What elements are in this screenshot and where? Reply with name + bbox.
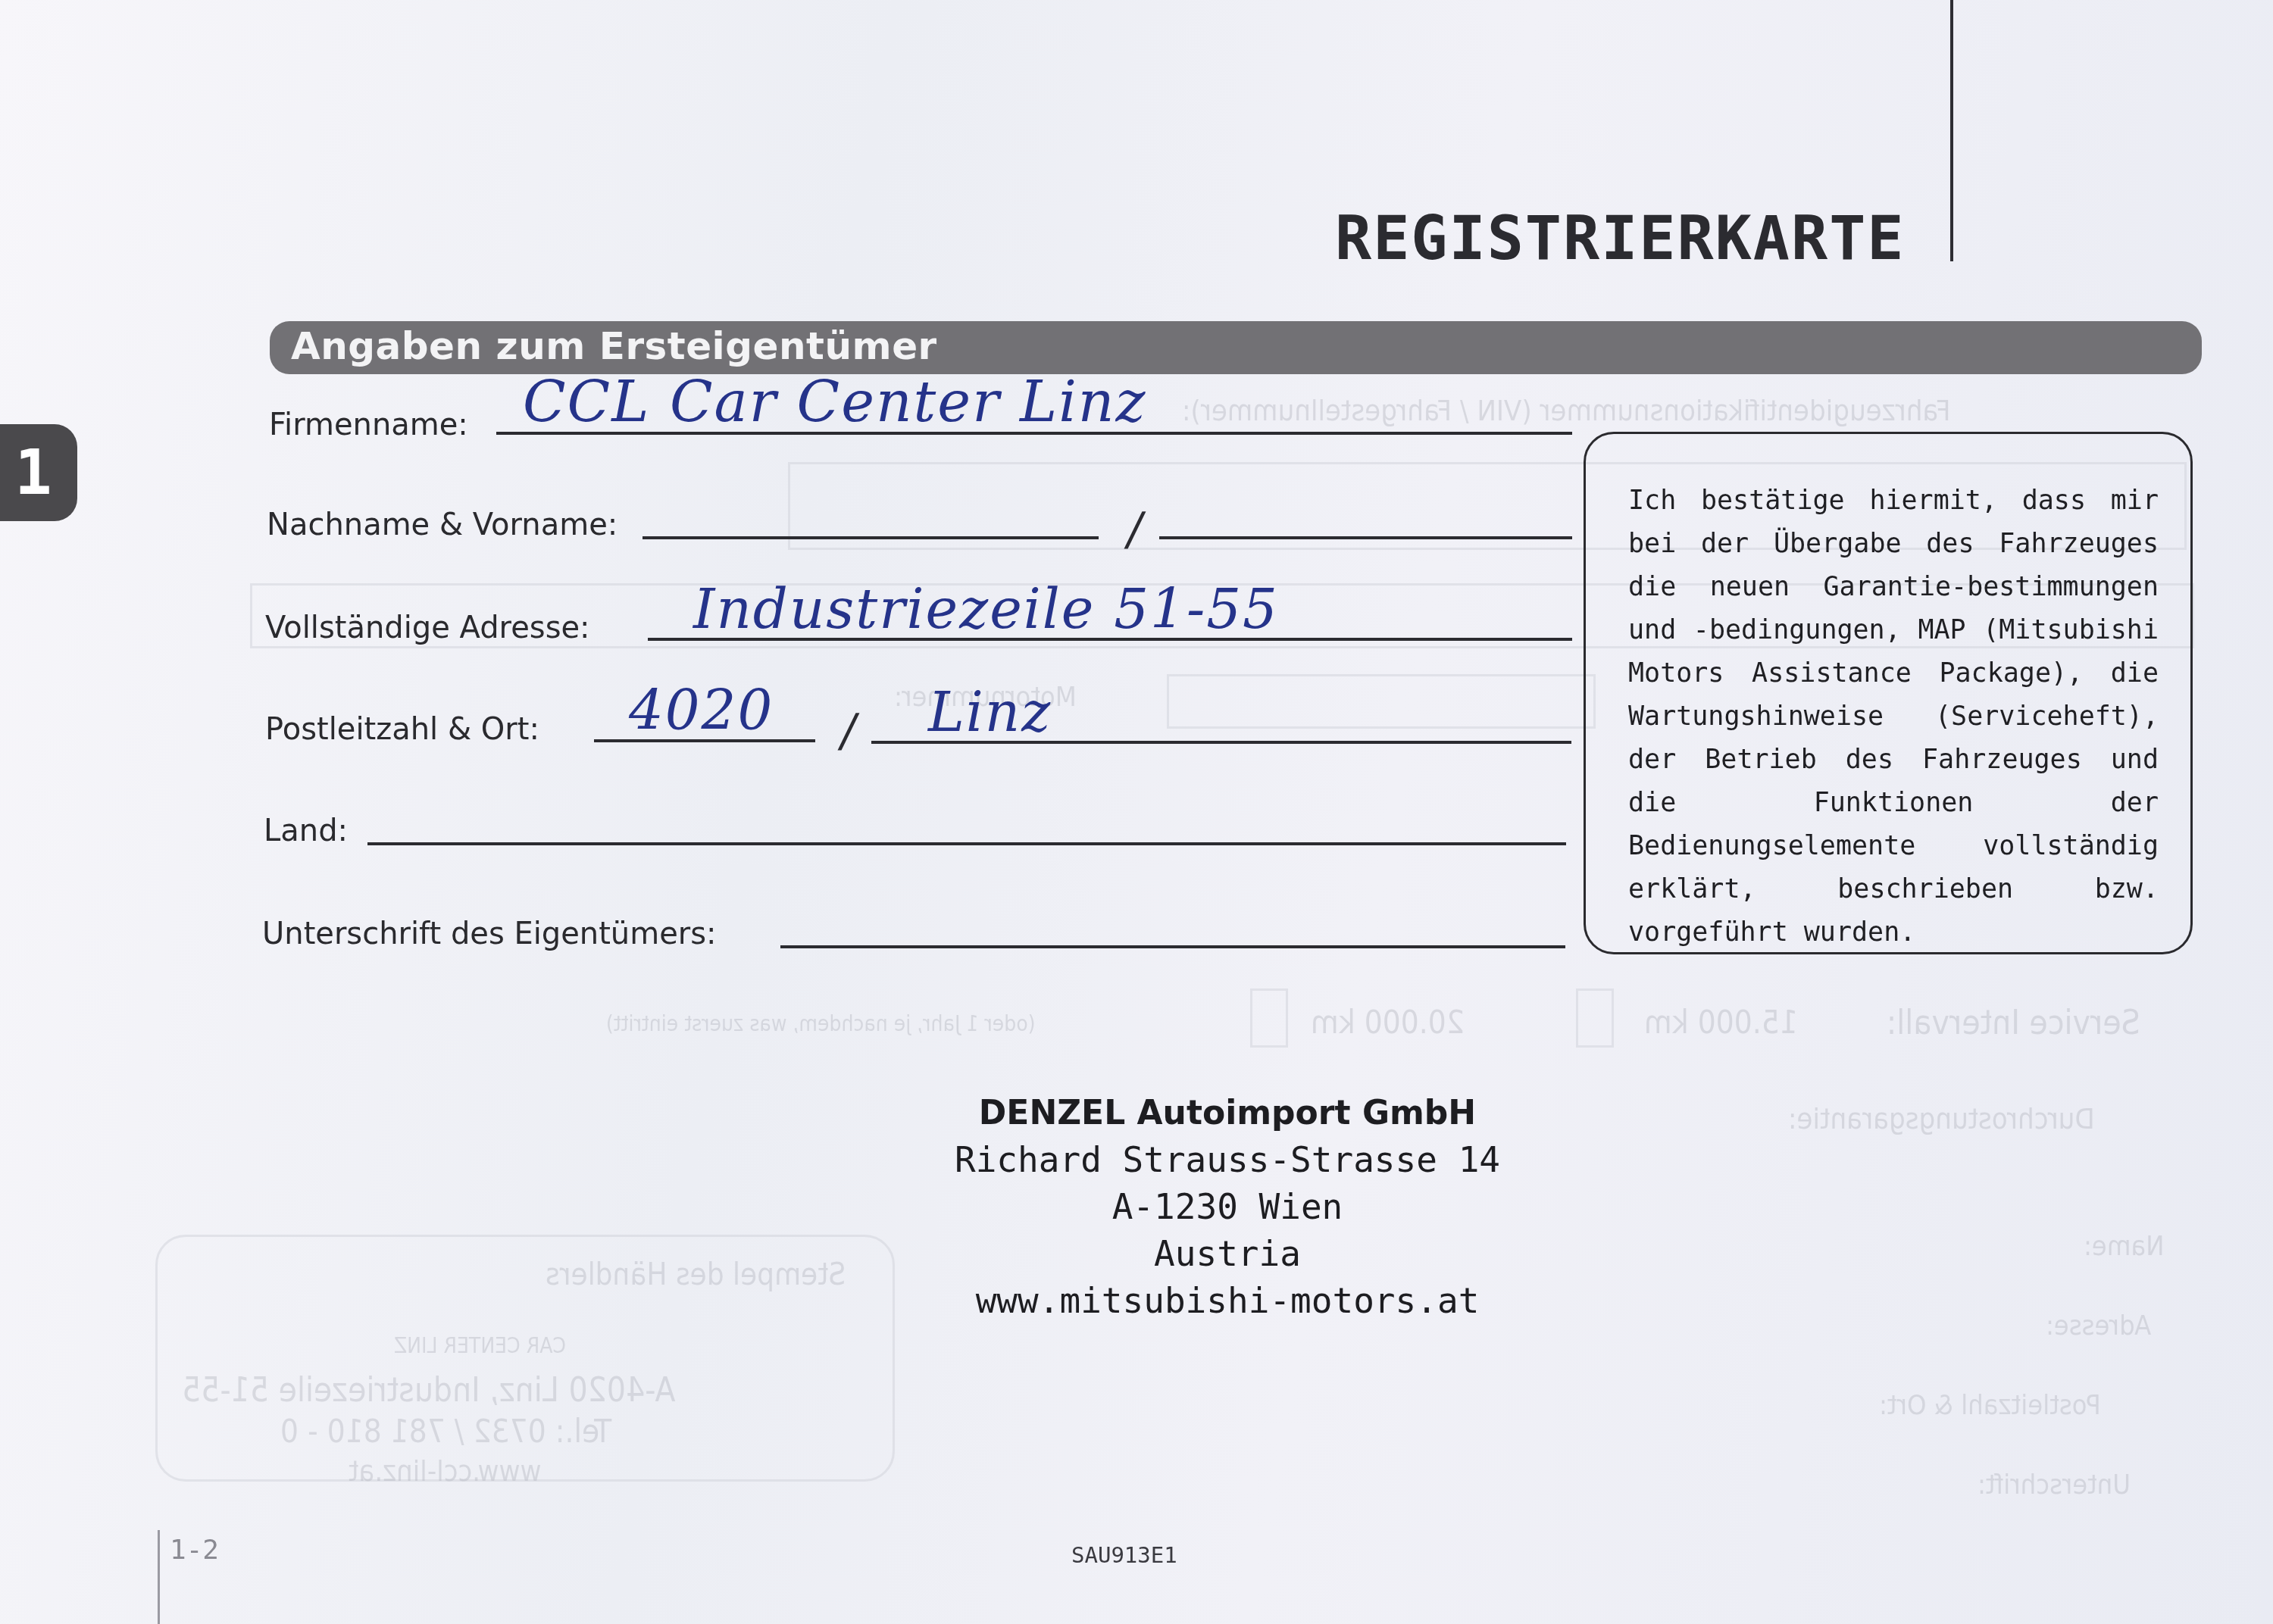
ghost-stamp-label: Stempel des Händlers <box>546 1257 846 1292</box>
ghost-checkbox <box>1250 988 1288 1048</box>
page-number: 1-2 <box>170 1535 219 1566</box>
chapter-tab: 1 <box>0 424 77 521</box>
confirmation-box: Ich bestätige hiermit, dass mir bei der … <box>1584 432 2193 954</box>
chapter-number: 1 <box>14 437 52 509</box>
importer-street: Richard Strauss-Strasse 14 <box>871 1136 1584 1183</box>
company-name-value: CCL Car Center Linz <box>523 370 1147 435</box>
full-name-label: Nachname & Vorname: <box>267 507 617 542</box>
page-title: REGISTRIERKARTE <box>1335 203 1905 273</box>
margin-divider <box>1950 0 1953 261</box>
document-code: SAU913E1 <box>1071 1542 1177 1568</box>
ghost-engine-boxes <box>1167 674 1596 729</box>
postal-code-value: 4020 <box>629 679 774 742</box>
first-name-field[interactable] <box>1159 536 1572 539</box>
postal-separator: / <box>836 704 861 757</box>
signature-label: Unterschrift des Eigentümers: <box>262 917 717 951</box>
signature-field[interactable] <box>780 945 1565 948</box>
ghost-service-15000: 15.000 km <box>1644 1004 1798 1041</box>
ghost-vin-label: Fahrzeugidentifikationsnummer (VIN / Fah… <box>1182 394 1951 427</box>
ghost-dealer-field: Unterschrift: <box>1978 1469 2131 1501</box>
country-field[interactable] <box>367 842 1566 845</box>
ghost-dealer-field: Adresse: <box>2046 1310 2151 1341</box>
country-label: Land: <box>264 814 348 848</box>
importer-city: A-1230 Wien <box>871 1183 1584 1230</box>
confirmation-text: Ich bestätige hiermit, dass mir bei der … <box>1628 479 2159 954</box>
section-heading: Angaben zum Ersteigentümer <box>291 324 937 368</box>
postal-city-label: Postleitzahl & Ort: <box>265 712 539 747</box>
ghost-stamp-line: CAR CENTER LINZ <box>394 1333 566 1358</box>
address-value: Industriezeile 51-55 <box>693 577 1279 641</box>
importer-website[interactable]: www.mitsubishi-motors.at <box>871 1277 1584 1324</box>
importer-address: DENZEL Autoimport GmbH Richard Strauss-S… <box>871 1091 1584 1324</box>
address-label: Vollständige Adresse: <box>265 611 590 645</box>
company-name-label: Firmenname: <box>269 408 468 442</box>
importer-country: Austria <box>871 1230 1584 1277</box>
ghost-checkbox-checked <box>1576 988 1614 1048</box>
ghost-service-20000: 20.000 km <box>1311 1004 1465 1041</box>
ghost-stamp-line: Tel.: 0732 / 781 810 - 0 <box>280 1413 611 1450</box>
ghost-dealer-field: Name: <box>2084 1231 2164 1262</box>
ghost-rust-label: Durchrostungsgarantie: <box>1788 1102 2095 1135</box>
section-header: Angaben zum Ersteigentümer <box>270 321 2202 374</box>
ghost-service-label: Service Intervall: <box>1887 1004 2140 1042</box>
ghost-dealer-field: Postleitzahl & Ort: <box>1879 1390 2101 1421</box>
ghost-stamp-line: A-4020 Linz, Industriezeile 51-55 <box>182 1371 676 1410</box>
ghost-stamp-line: www.ccl-linz.at <box>349 1454 542 1488</box>
ghost-service-note: (oder 1 Jahr, je nachdem, was zuerst ein… <box>606 1011 1036 1036</box>
last-name-field[interactable] <box>643 536 1099 539</box>
city-value: Linz <box>928 680 1052 744</box>
importer-name: DENZEL Autoimport GmbH <box>871 1091 1584 1136</box>
footer-divider <box>158 1530 160 1624</box>
